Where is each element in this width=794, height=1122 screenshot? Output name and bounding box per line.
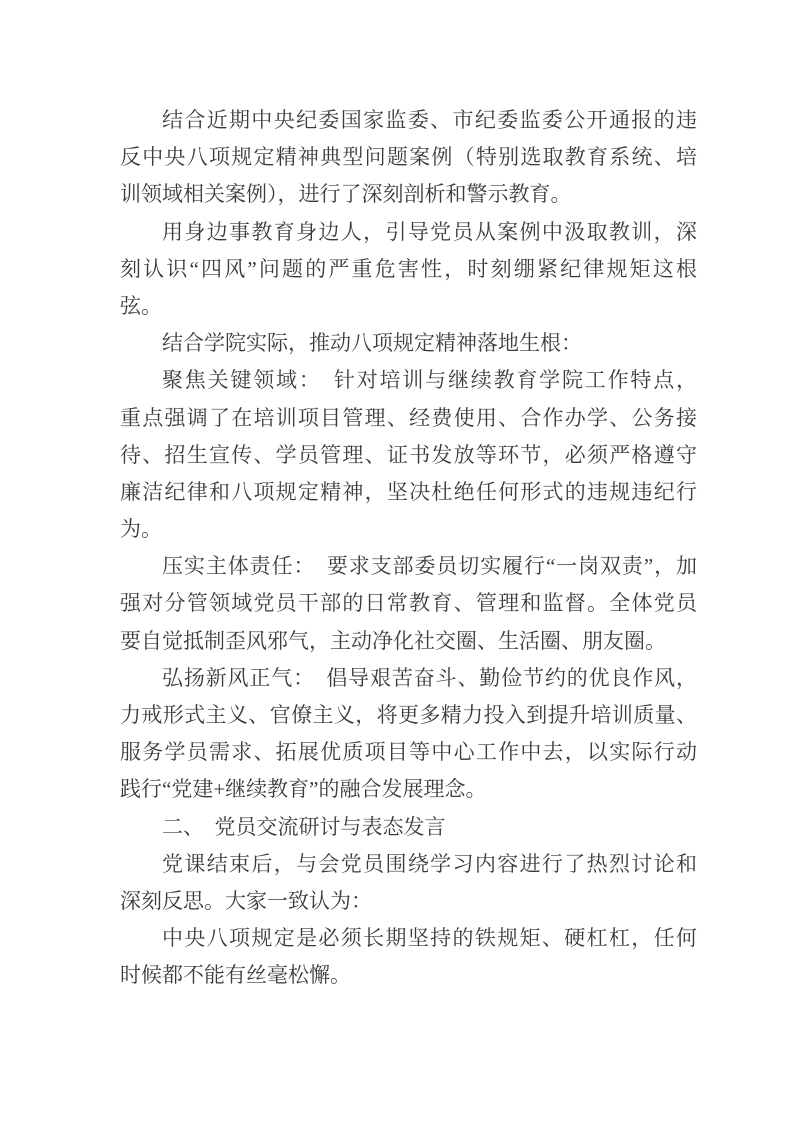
text-line: 二、 党员交流研讨与表态发言	[120, 809, 697, 846]
text-line: 强对分管领域党员干部的日常教育、管理和监督。全体党员	[120, 585, 697, 622]
paragraph: 压实主体责任： 要求支部委员切实履行“一岗双责”，加强对分管领域党员干部的日常教…	[120, 548, 697, 660]
text-line: 聚焦关键领域： 针对培训与继续教育学院工作特点，	[120, 362, 697, 399]
paragraph: 结合近期中央纪委国家监委、市纪委监委公开通报的违反中央八项规定精神典型问题案例（…	[120, 102, 697, 214]
text-line: 时候都不能有丝毫松懈。	[120, 957, 697, 994]
paragraph: 弘扬新风正气： 倡导艰苦奋斗、勤俭节约的优良作风，力戒形式主义、官僚主义，将更多…	[120, 660, 697, 809]
text-line: 压实主体责任： 要求支部委员切实履行“一岗双责”，加	[120, 548, 697, 585]
text-line: 用身边事教育身边人，引导党员从案例中汲取教训，深	[120, 214, 697, 251]
text-line: 反中央八项规定精神典型问题案例（特别选取教育系统、培	[120, 139, 697, 176]
paragraph: 二、 党员交流研讨与表态发言	[120, 809, 697, 846]
text-line: 弦。	[120, 288, 697, 325]
paragraph: 用身边事教育身边人，引导党员从案例中汲取教训，深刻认识“四风”问题的严重危害性，…	[120, 214, 697, 326]
text-line: 刻认识“四风”问题的严重危害性，时刻绷紧纪律规矩这根	[120, 251, 697, 288]
text-line: 训领域相关案例），进行了深刻剖析和警示教育。	[120, 176, 697, 213]
paragraph: 中央八项规定是必须长期坚持的铁规矩、硬杠杠，任何时候都不能有丝毫松懈。	[120, 920, 697, 994]
text-line: 践行“党建+继续教育”的融合发展理念。	[120, 771, 697, 808]
paragraph: 党课结束后，与会党员围绕学习内容进行了热烈讨论和深刻反思。大家一致认为：	[120, 846, 697, 920]
text-line: 深刻反思。大家一致认为：	[120, 883, 697, 920]
text-line: 重点强调了在培训项目管理、经费使用、合作办学、公务接	[120, 400, 697, 437]
text-line: 力戒形式主义、官僚主义，将更多精力投入到提升培训质量、	[120, 697, 697, 734]
text-line: 要自觉抵制歪风邪气，主动净化社交圈、生活圈、朋友圈。	[120, 623, 697, 660]
text-line: 为。	[120, 511, 697, 548]
paragraph: 结合学院实际，推动八项规定精神落地生根：	[120, 325, 697, 362]
text-line: 党课结束后，与会党员围绕学习内容进行了热烈讨论和	[120, 846, 697, 883]
document-page: 结合近期中央纪委国家监委、市纪委监委公开通报的违反中央八项规定精神典型问题案例（…	[0, 0, 794, 1122]
paragraph: 聚焦关键领域： 针对培训与继续教育学院工作特点，重点强调了在培训项目管理、经费使…	[120, 362, 697, 548]
text-line: 服务学员需求、拓展优质项目等中心工作中去，以实际行动	[120, 734, 697, 771]
text-line: 廉洁纪律和八项规定精神，坚决杜绝任何形式的违规违纪行	[120, 474, 697, 511]
text-line: 中央八项规定是必须长期坚持的铁规矩、硬杠杠，任何	[120, 920, 697, 957]
text-line: 弘扬新风正气： 倡导艰苦奋斗、勤俭节约的优良作风，	[120, 660, 697, 697]
text-line: 结合学院实际，推动八项规定精神落地生根：	[120, 325, 697, 362]
text-line: 结合近期中央纪委国家监委、市纪委监委公开通报的违	[120, 102, 697, 139]
text-line: 待、招生宣传、学员管理、证书发放等环节，必须严格遵守	[120, 437, 697, 474]
document-content: 结合近期中央纪委国家监委、市纪委监委公开通报的违反中央八项规定精神典型问题案例（…	[120, 102, 697, 995]
